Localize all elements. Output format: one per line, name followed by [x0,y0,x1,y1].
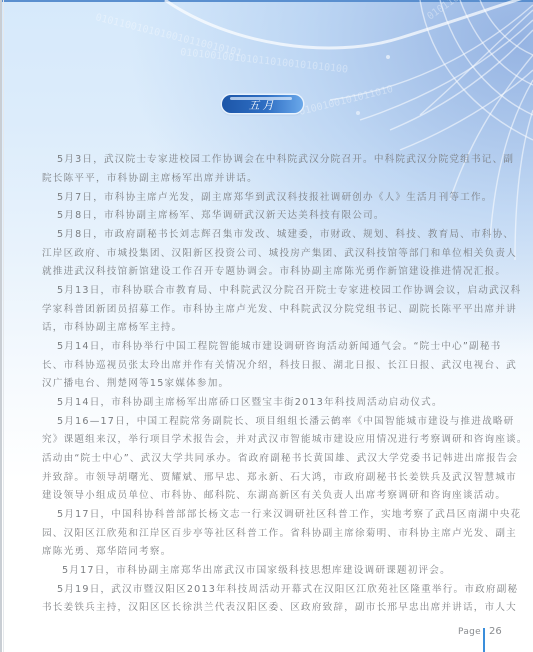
entry-line: 5月3日，武汉院士专家进校园工作协调会在中科院武汉分院召开。中科院武汉分院党组书… [57,154,514,166]
svg-text:0100100101011010: 0100100101011010 [298,84,394,118]
page-divider-bar [483,628,485,652]
entry-line: 5月19日，武汉市暨汉阳区2013年科技周活动开幕式在汉阳区江欣苑社区隆重举行。… [57,584,518,596]
entry-line: 5月8日，市政府副秘书长刘志辉召集市发改、城建委，市财政、规划、科技、教育局、市… [57,229,514,241]
page-label: Page [458,627,481,637]
entry-line: 就推进武汉科技馆新馆建设工作召开专题协调会。市科协副主席陈光勇作新馆建设推进情况… [42,266,506,278]
entry-line: 5月8日，市科协副主席杨军、郑华调研武汉新天达美科技有限公司。 [57,210,385,222]
entry-line: 书长姜铁兵主持，汉阳区区长徐洪兰代表汉阳区委、区政府致辞，副市长邢早忠出席并讲话… [42,602,517,614]
entry-line: 5月16—17日，中国工程院常务副院长、项目组组长潘云鹤率《中国智能城市建设与推… [57,416,514,428]
entry-line: 5月17日，中国科协科普部部长杨文志一行来汉调研社区科普工作，实地考察了武昌区南… [57,509,521,521]
entry-line: 建设领导小组成员单位、市科协、邮科院、东湖高新区有关负责人出席考察调研和咨询座谈… [42,490,506,502]
left-binding-edge-inner [3,0,4,652]
svg-text:010110: 010110 [425,0,461,22]
svg-text:0101001001010110100101010100: 0101001001010110100101010100 [180,47,349,76]
document-page: 0101100101010010110010101 01010010010101… [0,0,533,652]
entry-line: 5月17日，市科协副主席郑华出席武汉市国家级科技思想库建设调研课题初评会。 [62,565,451,577]
entry-line: 5月14日，市科协举行中国工程院智能城市建设调研咨询活动新闻通气会。“院士中心”… [57,341,501,353]
month-heading: 五月 [222,97,303,113]
entry-line: 席陈光勇、郑华陪同考察。 [42,546,172,558]
entry-line: 园、汉阳区江欣苑和江岸区百步亭等社区科普工作。省科协副主席徐菊明、市科协主席卢光… [42,528,517,540]
entry-line: 话，市科协副主席杨军主持。 [42,322,182,334]
entry-line: 学家科普团新团员招募工作。市科协主席卢光发、中科院武汉分院党组书记、副院长陈平平… [42,304,517,316]
entry-line: 江岸区政府、市城投集团、汉阳新区投资公司、城投房产集团、武汉科技馆等部门和单位相… [42,248,517,260]
entry-line: 并致辞。市领导胡曙光、贾耀斌、邢早忠、郑永新、石大鸿，市政府副秘书长姜铁兵及武汉… [42,472,517,484]
page-number: 26 [489,626,502,637]
entry-line: 长、市科协巡视员张太玲出席并作有关情况介绍，科技日报、湖北日报、长江日报、武汉电… [42,360,517,372]
entry-line: 院长陈平平，市科协副主席杨军出席并讲话。 [42,173,258,185]
entry-line: 究》课题组来汉，举行项目学术报告会，并对武汉市智能城市建设应用情况进行考察调研和… [42,434,528,446]
entry-line: 5月7日，市科协主席卢光发，副主席郑华到武汉科技报社调研创办《人》生活月刊等工作… [57,192,493,204]
entry-line: 活动由“院士中心”、武汉大学共同承办。省政府副秘书长黄国雄、武汉大学党委书记韩进… [42,453,518,465]
svg-text:0101100101010010110010101: 0101100101010010110010101 [94,12,243,59]
top-border-line [0,0,533,2]
entry-line: 汉广播电台、荆楚网等15家媒体参加。 [42,378,229,390]
left-binding-edge [0,0,2,652]
entry-line: 5月14日，市科协副主席杨军出席硚口区暨宝丰街2013年科技周活动启动仪式。 [57,397,443,409]
month-heading-badge: 五月 [222,95,303,113]
entry-line: 5月13日，市科协联合市教育局、中科院武汉分院召开院士专家进校园工作协调会议，启… [57,285,521,297]
